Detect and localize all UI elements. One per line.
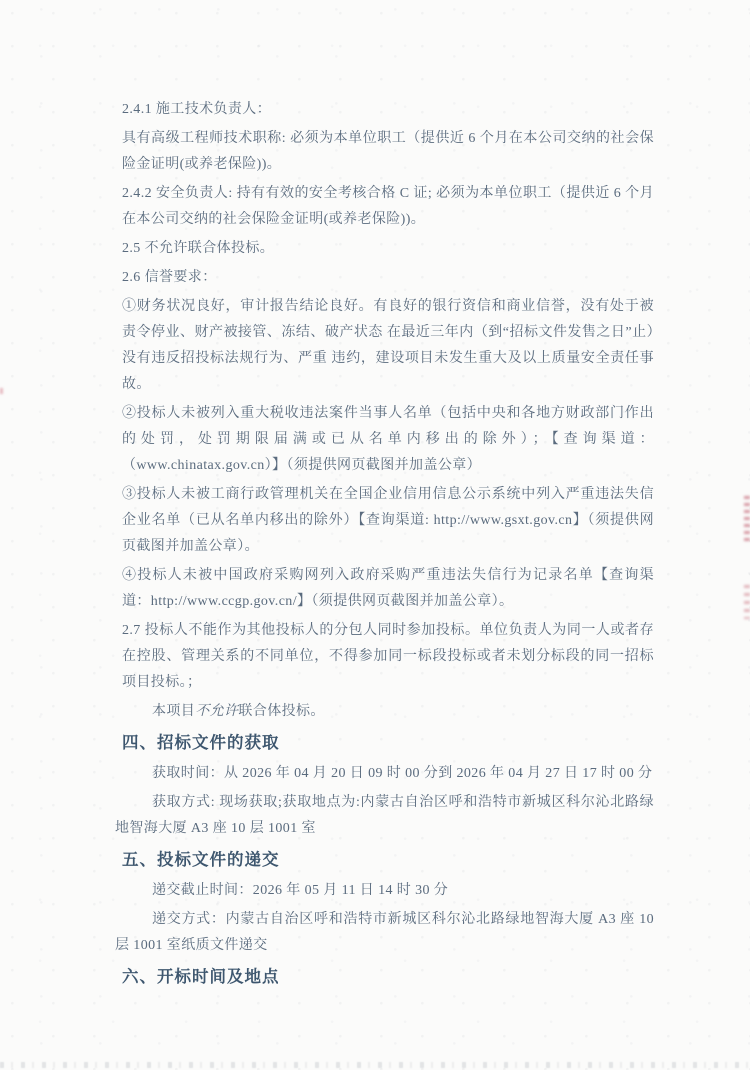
para-obtain-time: 获取时间：从 2026 年 04 月 20 日 09 时 00 分到 2026 …	[122, 761, 654, 787]
para-credit-item-3: ③投标人未被工商行政管理机关在全国企业信用信息公示系统中列入严重违法失信企业名单…	[122, 482, 654, 560]
text-run: 获取方式: 现场获取;获取地点为:内蒙古自治区呼和浩特市新城区科尔沁北路绿地智海…	[115, 795, 654, 836]
stamp-bleed-dot-left	[0, 388, 3, 394]
para-2-4-1: 2.4.1 施工技术负责人：	[122, 97, 654, 123]
text-run: 获取时间：从 2026 年 04 月 20 日 09 时 00 分到 2026 …	[152, 766, 652, 781]
text-run: 2.6 信誉要求：	[122, 270, 217, 285]
para-credit-item-1: ①财务状况良好，审计报告结论良好。有良好的银行资信和商业信誉，没有处于被责令停业…	[122, 294, 654, 398]
text-run: 本项目	[152, 704, 195, 719]
text-run: ④投标人未被中国政府采购网列入政府采购严重违法失信行为记录名单【查询渠道：htt…	[122, 568, 654, 609]
stamp-bleed-mark-1	[744, 496, 750, 544]
para-2-4-2: 2.4.2 安全负责人: 持有有效的安全考核合格 C 证; 必须为本单位职工（提…	[122, 181, 654, 233]
scanned-document-page: 2.4.1 施工技术负责人：具有高级工程师技术职称: 必须为本单位职工（提供近 …	[0, 0, 750, 1070]
para-2-7: 2.7 投标人不能作为其他投标人的分包人同时参加投标。单位负责人为同一人或者存在…	[122, 618, 654, 696]
heading-section-4: 四、招标文件的获取	[122, 728, 654, 758]
heading-section-6: 六、开标时间及地点	[122, 962, 654, 992]
emphasized-text-run: 不允许	[195, 704, 238, 719]
text-run: 2.7 投标人不能作为其他投标人的分包人同时参加投标。单位负责人为同一人或者存在…	[122, 623, 654, 690]
para-no-consortium: 本项目不允许联合体投标。	[122, 699, 654, 725]
para-submit-deadline: 递交截止时间：2026 年 05 月 11 日 14 时 30 分	[122, 878, 654, 904]
para-credit-item-2: ②投标人未被列入重大税收违法案件当事人名单（包括中央和各地方财政部门作出的处罚，…	[122, 401, 654, 479]
text-run: ②投标人未被列入重大税收违法案件当事人名单（包括中央和各地方财政部门作出的处罚，…	[122, 406, 654, 473]
text-run: 递交截止时间：2026 年 05 月 11 日 14 时 30 分	[152, 883, 448, 898]
para-credit-item-4: ④投标人未被中国政府采购网列入政府采购严重违法失信行为记录名单【查询渠道：htt…	[122, 563, 654, 615]
para-2-5: 2.5 不允许联合体投标。	[122, 236, 654, 262]
heading-section-5: 五、投标文件的递交	[122, 845, 654, 875]
text-run: 2.4.1 施工技术负责人：	[122, 102, 271, 117]
text-run: 递交方式：内蒙古自治区呼和浩特市新城区科尔沁北路绿地智海大厦 A3 座 10 层…	[115, 912, 654, 953]
text-run: 四、招标文件的获取	[122, 733, 280, 752]
text-run: 2.5 不允许联合体投标。	[122, 241, 274, 256]
stamp-bleed-mark-2	[744, 585, 750, 619]
text-run: 五、投标文件的递交	[122, 850, 280, 869]
para-2-6: 2.6 信誉要求：	[122, 265, 654, 291]
scan-edge-artifact	[0, 1062, 750, 1068]
text-run: 联合体投标。	[238, 704, 324, 719]
text-run: ①财务状况良好，审计报告结论良好。有良好的银行资信和商业信誉，没有处于被责令停业…	[122, 299, 654, 392]
document-body: 2.4.1 施工技术负责人：具有高级工程师技术职称: 必须为本单位职工（提供近 …	[122, 97, 654, 995]
text-run: 具有高级工程师技术职称: 必须为本单位职工（提供近 6 个月在本公司交纳的社会保…	[122, 131, 654, 172]
para-obtain-method: 获取方式: 现场获取;获取地点为:内蒙古自治区呼和浩特市新城区科尔沁北路绿地智海…	[115, 790, 654, 842]
text-run: ③投标人未被工商行政管理机关在全国企业信用信息公示系统中列入严重违法失信企业名单…	[122, 487, 654, 554]
text-run: 2.4.2 安全负责人: 持有有效的安全考核合格 C 证; 必须为本单位职工（提…	[122, 186, 654, 227]
para-2-4-1-detail: 具有高级工程师技术职称: 必须为本单位职工（提供近 6 个月在本公司交纳的社会保…	[122, 126, 654, 178]
text-run: 六、开标时间及地点	[122, 967, 280, 986]
para-submit-method: 递交方式：内蒙古自治区呼和浩特市新城区科尔沁北路绿地智海大厦 A3 座 10 层…	[115, 907, 654, 959]
